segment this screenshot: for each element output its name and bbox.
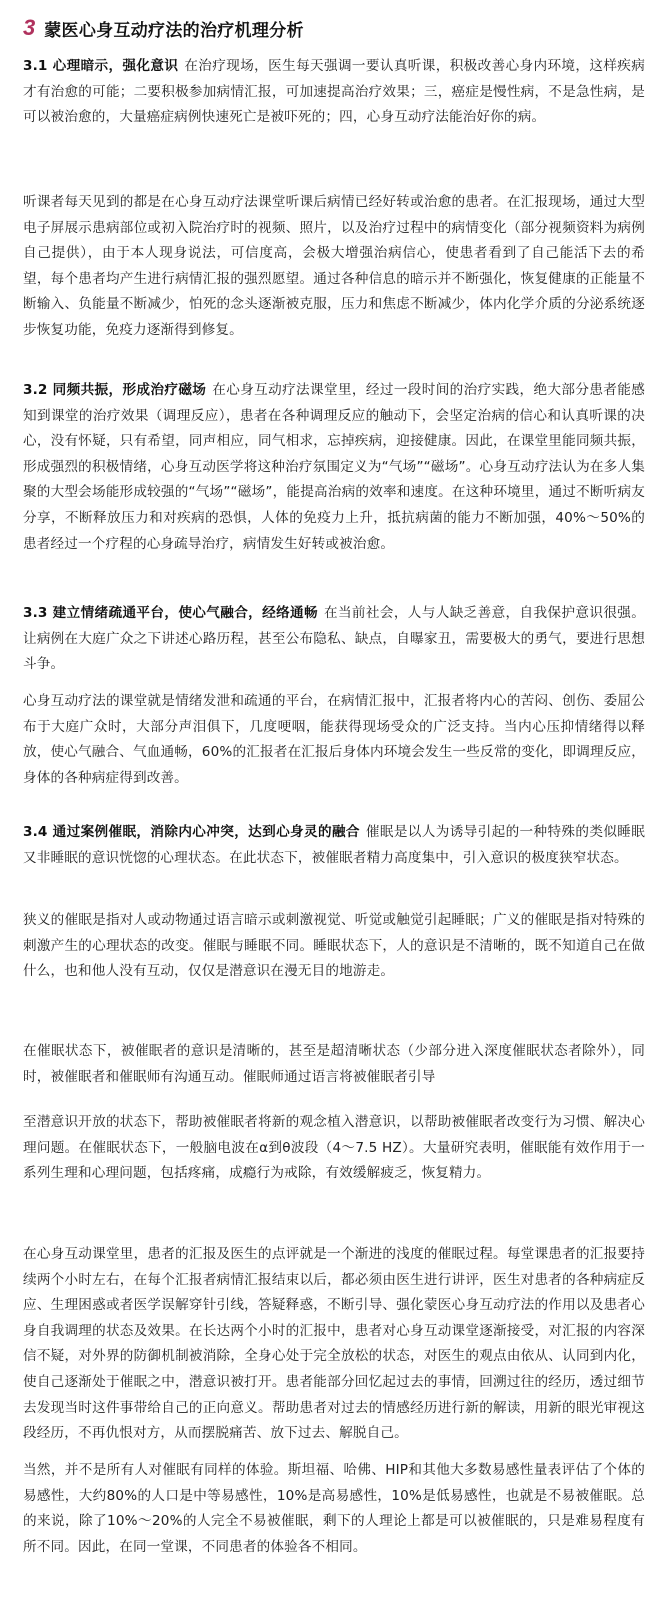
paragraph-text: 心身互动疗法的课堂就是情绪发泄和疏通的平台，在病情汇报中，汇报者将内心的苦闷、创…: [23, 693, 645, 786]
paragraph-text: 在心身互动疗法课堂里，经过一段时间的治疗实践，绝大部分患者能感知到课堂的治疗效果…: [23, 382, 645, 552]
paragraph: 听课者每天见到的都是在心身互动疗法课堂听课后病情已经好转或治愈的患者。在汇报现场…: [23, 190, 645, 344]
paragraph: 在催眠状态下，被催眠者的意识是清晰的，甚至是超清晰状态（少部分进入深度催眠状态者…: [23, 1039, 645, 1090]
paragraph-3-1: 3.1 心理暗示，强化意识在治疗现场，医生每天强调一要认真听课，积极改善心身内环…: [23, 54, 645, 131]
paragraph-text: 当然，并不是所有人对催眠有同样的体验。斯坦福、哈佛、HIP和其他大多数易感性量表…: [23, 1462, 645, 1555]
subsection-lead: 3.3 建立情绪疏通平台，使心气融合，经络通畅: [23, 605, 318, 621]
paragraph-text: 狭义的催眠是指对人或动物通过语言暗示或刺激视觉、听觉或触觉引起睡眠；广义的催眠是…: [23, 912, 645, 979]
paragraph: 当然，并不是所有人对催眠有同样的体验。斯坦福、哈佛、HIP和其他大多数易感性量表…: [23, 1458, 645, 1560]
section-title: 蒙医心身互动疗法的治疗机理分析: [44, 16, 304, 41]
paragraph-text: 听课者每天见到的都是在心身互动疗法课堂听课后病情已经好转或治愈的患者。在汇报现场…: [23, 194, 645, 338]
subsection-lead: 3.2 同频共振，形成治疗磁场: [23, 382, 206, 398]
paragraph-text: 在催眠状态下，被催眠者的意识是清晰的，甚至是超清晰状态（少部分进入深度催眠状态者…: [23, 1043, 645, 1085]
paragraph: 心身互动疗法的课堂就是情绪发泄和疏通的平台，在病情汇报中，汇报者将内心的苦闷、创…: [23, 689, 645, 791]
section-number: 3: [23, 15, 35, 41]
paragraph: 至潜意识开放的状态下，帮助被催眠者将新的观念植入潜意识，以帮助被催眠者改变行为习…: [23, 1110, 645, 1187]
paragraph-3-4: 3.4 通过案例催眠，消除内心冲突，达到心身灵的融合催眠是以人为诱导引起的一种特…: [23, 820, 645, 871]
paragraph-text: 在心身互动课堂里，患者的汇报及医生的点评就是一个渐进的浅度的催眠过程。每堂课患者…: [23, 1246, 645, 1441]
paragraph-text: 至潜意识开放的状态下，帮助被催眠者将新的观念植入潜意识，以帮助被催眠者改变行为习…: [23, 1114, 645, 1181]
paragraph: 狭义的催眠是指对人或动物通过语言暗示或刺激视觉、听觉或触觉引起睡眠；广义的催眠是…: [23, 908, 645, 985]
paragraph: 在心身互动课堂里，患者的汇报及医生的点评就是一个渐进的浅度的催眠过程。每堂课患者…: [23, 1242, 645, 1447]
paragraph-3-3: 3.3 建立情绪疏通平台，使心气融合，经络通畅在当前社会，人与人缺乏善意，自我保…: [23, 601, 645, 678]
subsection-lead: 3.4 通过案例催眠，消除内心冲突，达到心身灵的融合: [23, 824, 360, 840]
section-heading: 3 蒙医心身互动疗法的治疗机理分析: [23, 14, 304, 42]
subsection-lead: 3.1 心理暗示，强化意识: [23, 58, 178, 74]
paragraph-3-2: 3.2 同频共振，形成治疗磁场在心身互动疗法课堂里，经过一段时间的治疗实践，绝大…: [23, 378, 645, 557]
